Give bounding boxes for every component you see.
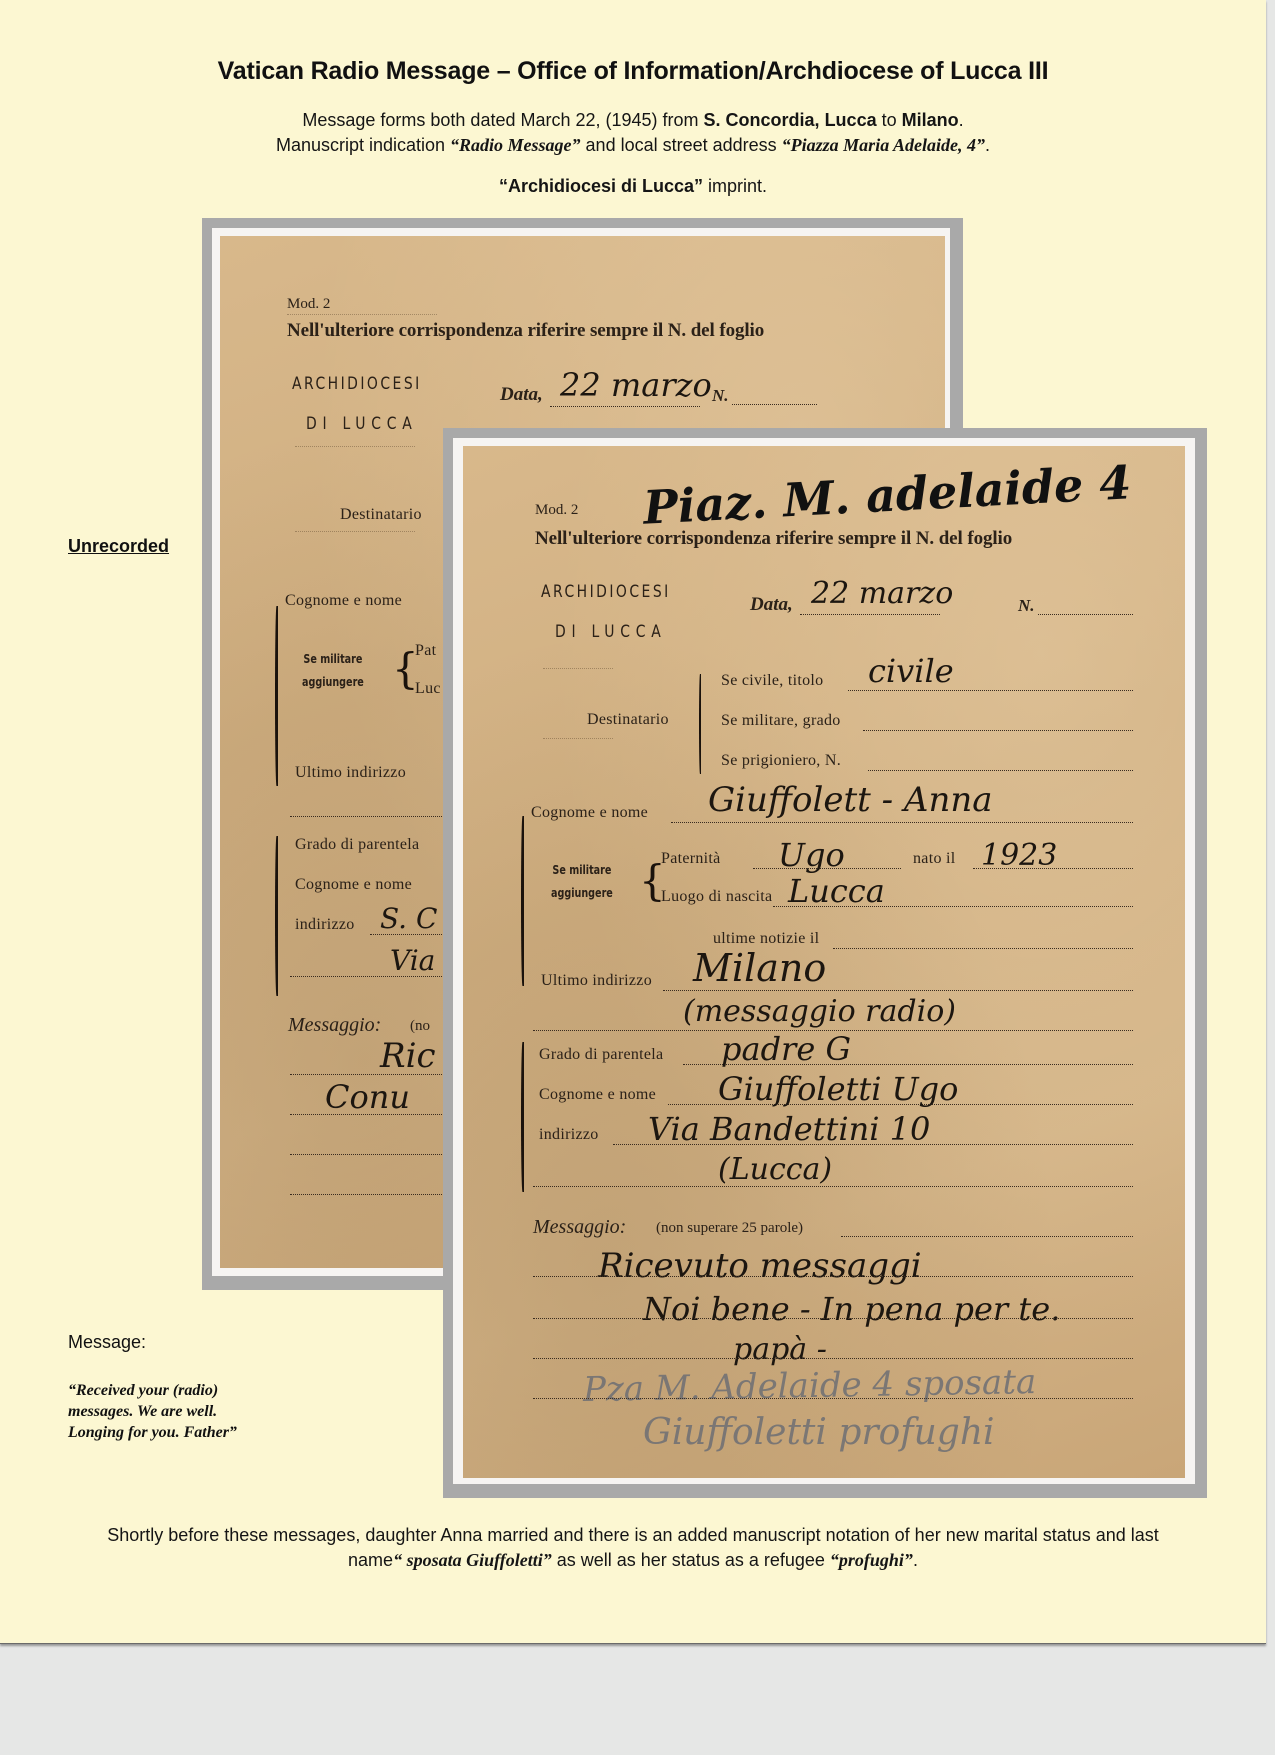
bottom-note: Shortly before these messages, daughter … bbox=[90, 1523, 1176, 1573]
pencil-notation-2: Giuffoletti profughi bbox=[643, 1412, 995, 1453]
date-label: Data, bbox=[500, 384, 543, 406]
se-prigioniero-label: Se prigioniero, N. bbox=[721, 752, 841, 770]
date-handwritten: 22 marzo bbox=[560, 366, 712, 404]
imprint-name: “Archidiocesi di Lucca” bbox=[499, 176, 703, 196]
se-militare-label: Se militareaggiungere bbox=[551, 859, 613, 905]
ultimo-indirizzo-value: Milano bbox=[693, 946, 826, 990]
subtitle-text: and local street address bbox=[581, 135, 782, 155]
luogo-label: Luc bbox=[415, 680, 441, 698]
issuer-line-1: ARCHIDIOCESI bbox=[541, 582, 671, 602]
pencil-notation-1: Pza M. Adelaide 4 sposata bbox=[583, 1362, 1037, 1410]
message-handwritten-2: Conu bbox=[325, 1078, 410, 1116]
subtitle-line-2: Manuscript indication “Radio Message” an… bbox=[0, 135, 1266, 156]
message-line-2: Noi bene - In pena per te. bbox=[643, 1290, 1060, 1328]
message-handwritten-1: Ric bbox=[380, 1036, 436, 1076]
n-label: N. bbox=[1018, 596, 1035, 616]
messaggio-note: (no bbox=[410, 1018, 430, 1035]
imprint-suffix: imprint. bbox=[703, 176, 767, 196]
sender-name-label: Cognome e nome bbox=[539, 1086, 656, 1104]
indirizzo-value-2: (Lucca) bbox=[718, 1152, 832, 1187]
front-message-form: Mod. 2 Piaz. M. adelaide 4 Nell'ulterior… bbox=[463, 446, 1185, 1478]
sender-name-value: Giuffoletti Ugo bbox=[718, 1070, 958, 1108]
origin-place: S. Concordia, Lucca bbox=[704, 110, 877, 130]
subtitle-text: . bbox=[959, 110, 964, 130]
destination-place: Milano bbox=[902, 110, 959, 130]
radio-message-quote: “Radio Message” bbox=[450, 135, 581, 155]
cognome-nome-value: Giuffolett - Anna bbox=[708, 780, 993, 820]
grado-parentela-label: Grado di parentela bbox=[295, 836, 419, 854]
form-mod: Mod. 2 bbox=[287, 296, 330, 313]
messaggio-label: Messaggio: bbox=[288, 1014, 381, 1037]
subtitle-text: . bbox=[985, 135, 990, 155]
form-heading: Nell'ulteriore corrispondenza riferire s… bbox=[535, 528, 1012, 550]
indirizzo-label: indirizzo bbox=[295, 916, 355, 934]
note-text: . bbox=[913, 1550, 918, 1570]
ultimo-indirizzo-note: (messaggio radio) bbox=[683, 994, 956, 1029]
date-handwritten: 22 marzo bbox=[811, 576, 953, 611]
unrecorded-label: Unrecorded bbox=[68, 536, 169, 557]
message-line-1: Ricevuto messaggi bbox=[598, 1246, 922, 1286]
cognome-nome-label: Cognome e nome bbox=[531, 804, 648, 822]
paternita-value: Ugo bbox=[778, 836, 845, 874]
paternita-label: Pat bbox=[415, 642, 436, 660]
nato-il-value: 1923 bbox=[981, 838, 1057, 873]
subtitle-text: Message forms both dated March 22, (1945… bbox=[302, 110, 703, 130]
subtitle-text: to bbox=[877, 110, 902, 130]
issuer-line-2: DI LUCCA bbox=[555, 622, 666, 642]
luogo-nascita-value: Lucca bbox=[788, 872, 885, 910]
se-militare-label: Se militareaggiungere bbox=[302, 648, 364, 694]
messaggio-label: Messaggio: bbox=[533, 1216, 626, 1239]
album-page: Vatican Radio Message – Office of Inform… bbox=[0, 0, 1266, 1644]
paternita-label: Paternità bbox=[661, 850, 721, 868]
luogo-nascita-label: Luogo di nascita bbox=[661, 888, 772, 906]
destinatario-label: Destinatario bbox=[340, 506, 422, 524]
destinatario-label: Destinatario bbox=[587, 711, 669, 729]
se-civile-value: civile bbox=[868, 652, 954, 690]
grado-parentela-value: padre G bbox=[721, 1030, 851, 1068]
message-label: Message: bbox=[68, 1332, 146, 1353]
indirizzo-handwritten-2: Via bbox=[390, 944, 435, 977]
ultimo-indirizzo-label: Ultimo indirizzo bbox=[541, 972, 652, 990]
grado-parentela-label: Grado di parentela bbox=[539, 1046, 663, 1064]
subtitle-line-1: Message forms both dated March 22, (1945… bbox=[0, 110, 1266, 131]
note-text: as well as her status as a refugee bbox=[552, 1550, 830, 1570]
n-label: N. bbox=[712, 386, 729, 406]
nato-il-label: nato il bbox=[913, 850, 956, 868]
address-quote: “Piazza Maria Adelaide, 4” bbox=[782, 135, 985, 155]
se-militare-grado-label: Se militare, grado bbox=[721, 712, 841, 730]
imprint-line: “Archidiocesi di Lucca” imprint. bbox=[0, 176, 1266, 197]
profughi-quote: “profughi” bbox=[830, 1550, 913, 1570]
ultimo-indirizzo-label: Ultimo indirizzo bbox=[295, 764, 406, 782]
page-title: Vatican Radio Message – Office of Inform… bbox=[0, 57, 1266, 86]
indirizzo-handwritten: S. C bbox=[380, 902, 437, 935]
form-mod: Mod. 2 bbox=[535, 502, 578, 519]
issuer-line-2: DI LUCCA bbox=[306, 414, 417, 434]
issuer-line-1: ARCHIDIOCESI bbox=[292, 374, 422, 394]
message-translation: “Received your (radio) messages. We are … bbox=[68, 1380, 268, 1443]
subtitle-text: Manuscript indication bbox=[276, 135, 450, 155]
cognome-nome-label-2: Cognome e nome bbox=[295, 876, 412, 894]
cognome-nome-label: Cognome e nome bbox=[285, 592, 402, 610]
messaggio-note: (non superare 25 parole) bbox=[656, 1220, 803, 1237]
form-heading: Nell'ulteriore corrispondenza riferire s… bbox=[287, 320, 764, 342]
se-civile-label: Se civile, titolo bbox=[721, 672, 823, 690]
date-label: Data, bbox=[750, 594, 793, 616]
indirizzo-label: indirizzo bbox=[539, 1126, 599, 1144]
indirizzo-value: Via Bandettini 10 bbox=[648, 1110, 930, 1148]
sposata-quote: “ sposata Giuffoletti” bbox=[393, 1550, 552, 1570]
address-annotation: Piaz. M. adelaide 4 bbox=[642, 455, 1133, 534]
message-line-3: papà - bbox=[733, 1332, 827, 1367]
